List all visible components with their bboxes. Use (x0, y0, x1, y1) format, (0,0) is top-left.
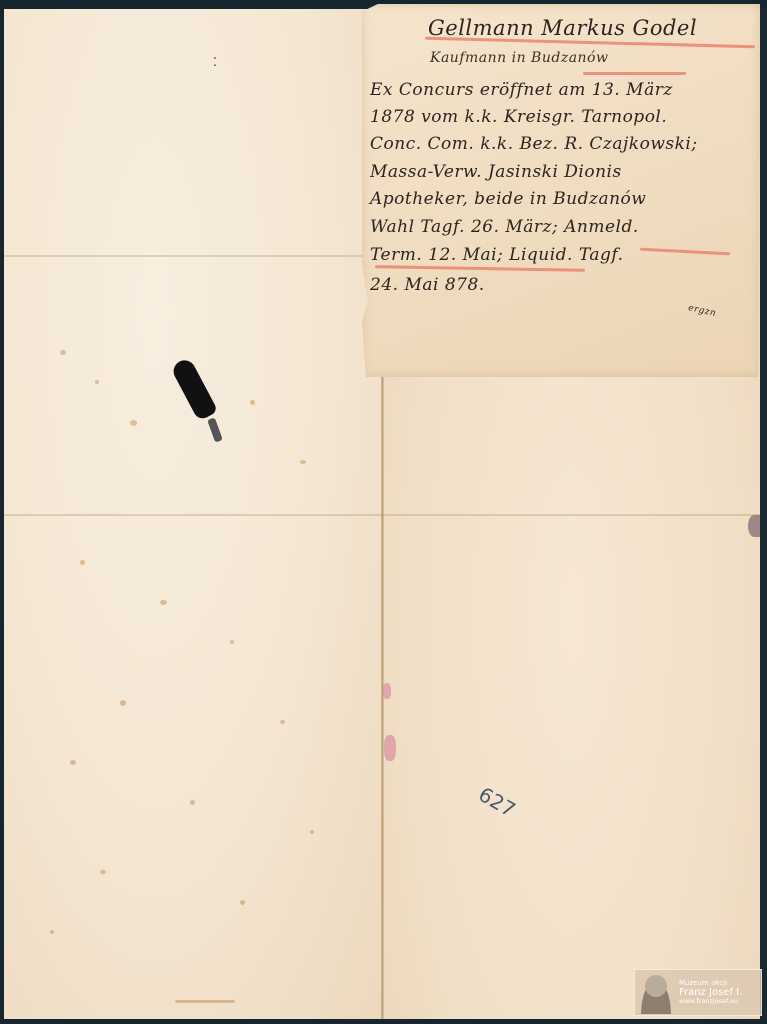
note-line: 24. Mai 878. (370, 275, 485, 295)
museum-watermark[interactable]: Muzeum akcji Franz Josef I. www.franzjos… (634, 969, 762, 1016)
scan-edge (760, 9, 767, 1019)
horizontal-fold-middle (4, 514, 762, 516)
watermark-url: www.franzjosef.eu (679, 998, 742, 1005)
note-line: Apotheker, beide in Budzanów (370, 189, 646, 209)
edge-mark (748, 515, 760, 537)
ink-dots: ⁚ (213, 55, 217, 69)
note-subtitle: Kaufmann in Budzanów (430, 50, 608, 66)
note-line: Ex Concurs eröffnet am 13. März (370, 80, 673, 100)
note-line: Massa-Verw. Jasinski Dionis (370, 162, 622, 182)
note-line: Term. 12. Mai; Liquid. Tagf. (370, 245, 624, 265)
subtitle-underline (583, 72, 686, 75)
pink-stain (383, 683, 391, 699)
note-line: Conc. Com. k.k. Bez. R. Czajkowski; (370, 134, 698, 154)
watermark-line1: Muzeum akcji (679, 980, 742, 988)
note-line: 1878 vom k.k. Kreisgr. Tarnopol. (370, 107, 667, 127)
horizontal-fold-upper (4, 255, 382, 257)
pink-stain (384, 735, 396, 761)
portrait-icon (637, 971, 675, 1014)
note-line: Wahl Tagf. 26. März; Anmeld. (370, 217, 639, 237)
note-title: Gellmann Markus Godel (428, 16, 697, 40)
